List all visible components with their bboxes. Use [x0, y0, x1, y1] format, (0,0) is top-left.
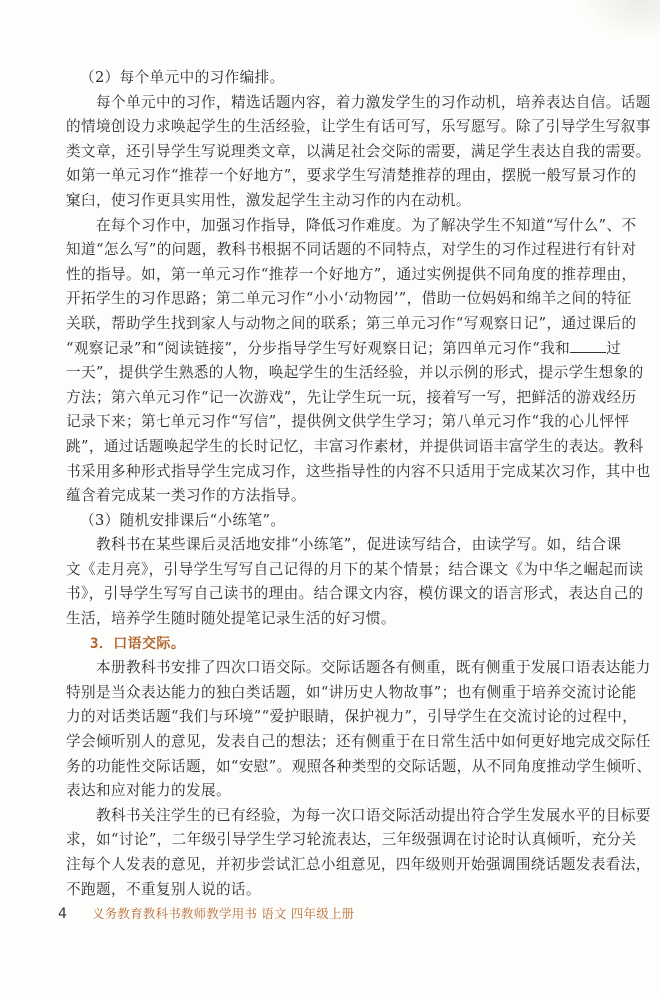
text-line: 每个单元中的习作，精选话题内容，着力激发学生的习作动机，培养表达自信。话题: [66, 91, 598, 116]
text-line: 蕴含着完成某一类习作的方法指导。: [66, 484, 598, 509]
text-line: 知道“怎么写”的问题，教科书根据不同话题的不同特点，对学生的习作过程进行有针对: [66, 238, 598, 263]
text-line: 表达和应对能力的发展。: [66, 779, 598, 804]
paragraph-writing-topics: 每个单元中的习作，精选话题内容，着力激发学生的习作动机，培养表达自信。话题 的情…: [66, 91, 598, 214]
text-line: 一天”，提供学生熟悉的人物，唤起学生的生活经验，并以示例的形式，提示学生想象的: [66, 361, 598, 386]
text-line: 本册教科书安排了四次口语交际。交际话题各有侧重，既有侧重于发展口语表达能力: [66, 656, 598, 681]
text-line: 教科书在某些课后灵活地安排“小练笔”，促进读写结合，由读学写。如，结合课: [66, 533, 598, 558]
text-segment: 过: [606, 340, 621, 357]
text-line: 不跑题，不重复别人说的话。: [66, 878, 598, 903]
text-segment: “观察记录”和“阅读链接”，分步指导学生写好观察日记；第四单元习作“我和: [66, 340, 570, 357]
text-line: 如第一单元习作“推荐一个好地方”，要求学生写清楚推荐的理由，摆脱一般写景习作的: [66, 164, 598, 189]
paragraph-student-experience: 教科书关注学生的已有经验，为每一次口语交际活动提出符合学生发展水平的目标要 求，…: [66, 804, 598, 902]
text-line: 跳”，通过话题唤起学生的长时记忆，丰富习作素材，并提供词语丰富学生的表达。教科: [66, 435, 598, 460]
text-line: 文《走月亮》，引导学生写写自己记得的月下的某个情景；结合课文《为中华之崛起而读: [66, 558, 598, 583]
subsection-heading-2: （2）每个单元中的习作编排。: [66, 66, 598, 91]
text-line: 务的功能性交际话题，如“安慰”。观照各种类型的交际话题，从不同角度推动学生倾听、: [66, 755, 598, 780]
text-line: 学会倾听别人的意见，发表自己的想法；还有侧重于在日常生活中如何更好地完成交际任: [66, 730, 598, 755]
text-line: 教科书关注学生的已有经验，为每一次口语交际活动提出符合学生发展水平的目标要: [66, 804, 598, 829]
text-line: 记录下来；第七单元习作“写信”，提供例文供学生学习；第八单元习作“我的心儿怦怦: [66, 410, 598, 435]
book-title: 义务教育教科书教师教学用书 语文 四年级上册: [92, 904, 354, 922]
paragraph-practice-writing: 教科书在某些课后灵活地安排“小练笔”，促进读写结合，由读学写。如，结合课 文《走…: [66, 533, 598, 631]
subsection-heading-3: （3）随机安排课后“小练笔”。: [66, 509, 598, 534]
text-line: 关联，帮助学生找到家人与动物之间的联系；第三单元习作“写观察日记”，通过课后的: [66, 312, 598, 337]
text-line: 类文章，还引导学生写说理类文章，以满足社会交际的需要，满足学生表达自我的需要。: [66, 140, 598, 165]
paragraph-writing-guidance: 在每个习作中，加强习作指导，降低习作难度。为了解决学生不知道“写什么”、不 知道…: [66, 214, 598, 509]
text-line: 注每个人发表的意见，并初步尝试汇总小组意见，四年级则开始强调围绕话题发表看法，: [66, 853, 598, 878]
page-corner-shade: [580, 0, 660, 40]
paragraph-oral-communication: 本册教科书安排了四次口语交际。交际话题各有侧重，既有侧重于发展口语表达能力 特别…: [66, 656, 598, 804]
text-line: 书采用多种形式指导学生完成习作，这些指导性的内容不只适用于完成某次习作，其中也: [66, 460, 598, 485]
text-line: 方法；第六单元习作“记一次游戏”，先让学生玩一玩，接着写一写，把鲜活的游戏经历: [66, 386, 598, 411]
text-line: 窠臼，使习作更具实用性，激发起学生主动习作的内在动机。: [66, 189, 598, 214]
text-line: 开拓学生的习作思路；第二单元习作“小小‘动物园’”，借助一位妈妈和绵羊之间的特征: [66, 287, 598, 312]
fill-in-blank: [570, 338, 606, 353]
text-line: 的情境创设力求唤起学生的生活经验，让学生有话可写，乐写愿写。除了引导学生写叙事: [66, 115, 598, 140]
text-line: 生活，培养学生随时随处提笔记录生活的好习惯。: [66, 607, 598, 632]
page-body: （2）每个单元中的习作编排。 每个单元中的习作，精选话题内容，着力激发学生的习作…: [66, 66, 598, 902]
text-line: 求，如“讨论”，二年级引导学生学习轮流表达，三年级强调在讨论时认真倾听，充分关: [66, 828, 598, 853]
page-footer: 4 义务教育教科书教师教学用书 语文 四年级上册: [58, 904, 354, 922]
text-line: 书》，引导学生写写自己读书的理由。结合课文内容，模仿课文的语言形式，表达自己的: [66, 582, 598, 607]
text-line: 在每个习作中，加强习作指导，降低习作难度。为了解决学生不知道“写什么”、不: [66, 214, 598, 239]
section-heading-oral-communication: 3．口语交际。: [66, 632, 598, 657]
text-line: 特别是当众表达能力的独白类话题，如“讲历史人物故事”；也有侧重于培养交流讨论能: [66, 681, 598, 706]
text-line: 性的指导。如，第一单元习作“推荐一个好地方”，通过实例提供不同角度的推荐理由，: [66, 263, 598, 288]
document-page: （2）每个单元中的习作编排。 每个单元中的习作，精选话题内容，着力激发学生的习作…: [0, 0, 660, 993]
text-line: 力的对话类话题“我们与环境”“爱护眼睛，保护视力”，引导学生在交流讨论的过程中，: [66, 705, 598, 730]
page-number: 4: [58, 906, 92, 922]
text-line-with-blank: “观察记录”和“阅读链接”，分步指导学生写好观察日记；第四单元习作“我和过: [66, 337, 598, 362]
